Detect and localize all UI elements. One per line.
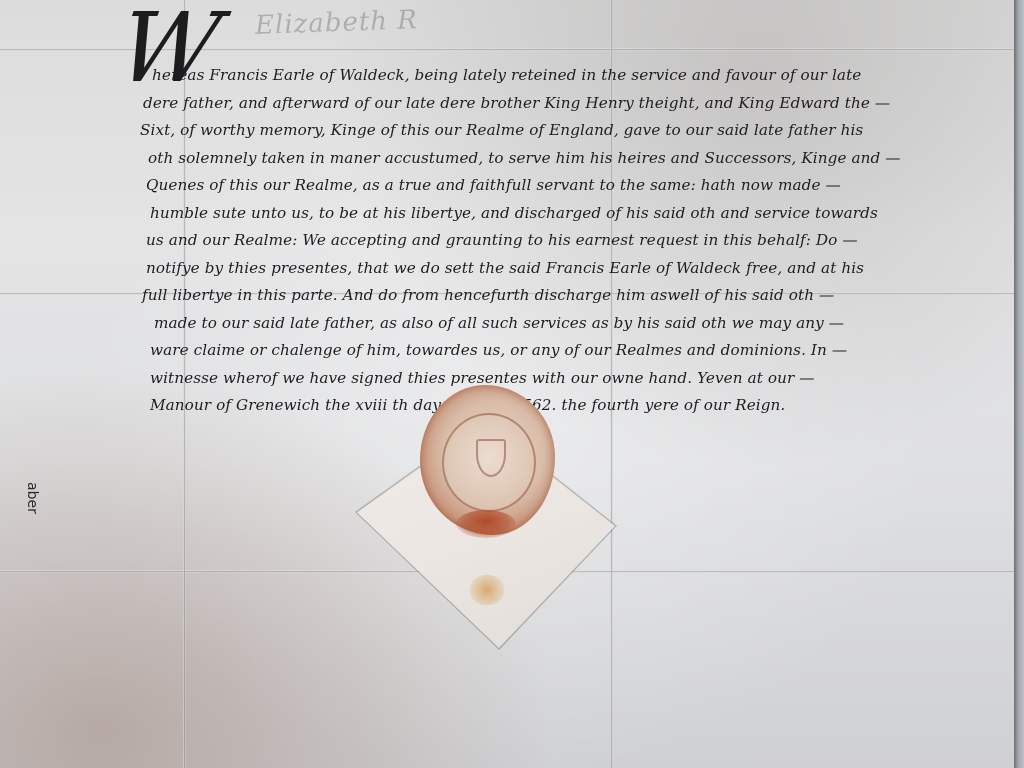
text-line: Quenes of this our Realme, as a true and… [140, 172, 985, 200]
text-line: full libertye in this parte. And do from… [140, 282, 985, 310]
text-line: us and our Realme: We accepting and grau… [140, 227, 985, 255]
stain-mark [470, 575, 504, 605]
margin-note: aber [24, 482, 40, 514]
text-line: humble sute unto us, to be at his libert… [140, 200, 985, 228]
text-line: made to our said late father, as also of… [140, 310, 985, 338]
wax-drip [456, 510, 516, 538]
text-line: oth solemnely taken in maner accustumed,… [140, 145, 985, 173]
heraldic-shield-icon [476, 439, 506, 477]
seal-impression [442, 413, 536, 512]
manuscript-photo: Elizabeth R W hereas Francis Earle of Wa… [0, 0, 1024, 768]
text-line: Sixt, of worthy memory, Kinge of this ou… [140, 117, 985, 145]
pencil-heading: Elizabeth R [255, 5, 419, 41]
text-line: dere father, and afterward of our late d… [140, 90, 985, 118]
text-line: notifye by thies presentes, that we do s… [140, 255, 985, 283]
text-line: Manour of Grenewich the xviii th daye of… [140, 392, 985, 420]
text-line: hereas Francis Earle of Waldeck, being l… [140, 62, 985, 90]
text-line: ware claime or chalenge of him, towardes… [140, 337, 985, 365]
text-line: witnesse wherof we have signed thies pre… [140, 365, 985, 393]
letter-body: hereas Francis Earle of Waldeck, being l… [140, 62, 985, 420]
background-edge [1014, 0, 1024, 768]
